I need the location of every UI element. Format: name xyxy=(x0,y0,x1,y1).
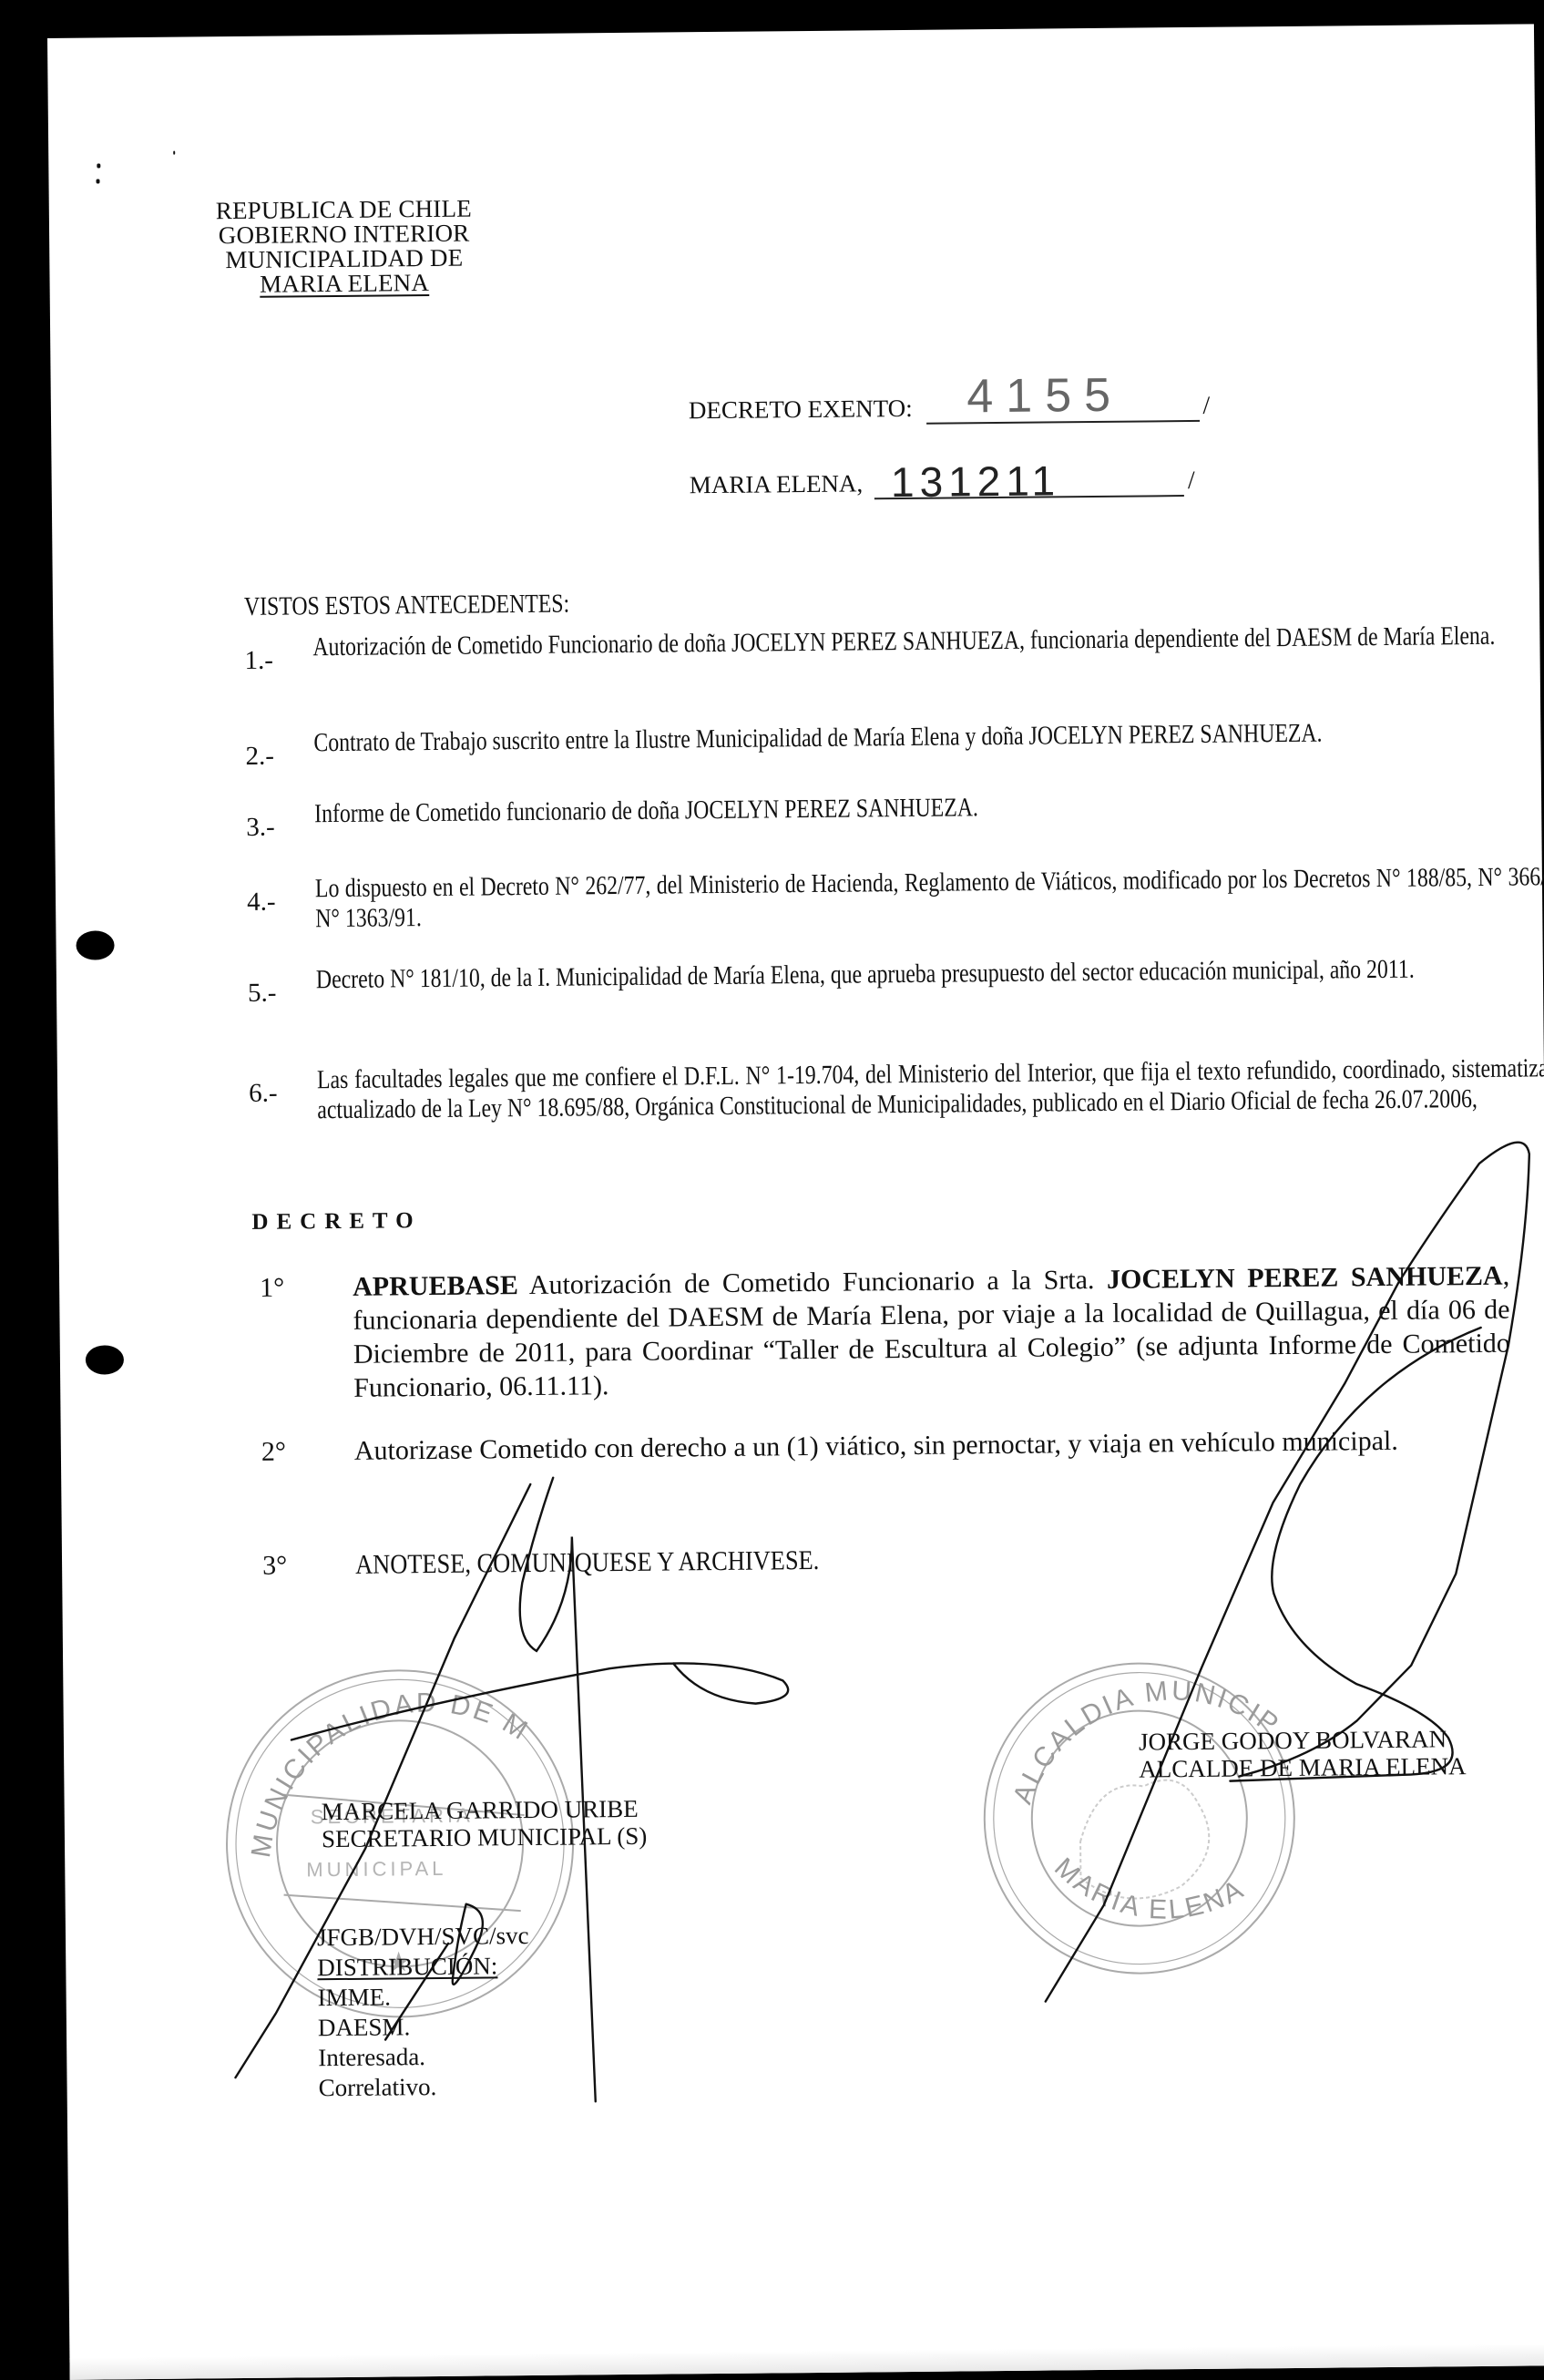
scan-speck xyxy=(97,163,100,168)
seals-layer: MUNICIPALIDAD DE MARIA SECRETARIA MUNICI… xyxy=(47,24,1544,2380)
vistos-item-text: Decreto N° 181/10, de la I. Municipalida… xyxy=(316,953,1544,995)
decree-date-value: 131211 xyxy=(891,456,1061,507)
vistos-item-number: 6.- xyxy=(249,1078,303,1109)
decreto-item-text: Autorizase Cometido con derecho a un (1)… xyxy=(354,1423,1511,1468)
reference-initials: JFGB/DVH/SVC/svc xyxy=(317,1921,529,1953)
mayor-title: ALCALDE DE MARIA ELENA xyxy=(1139,1752,1466,1782)
header-line-municipality: MUNICIPALIDAD DE xyxy=(216,246,472,273)
decree-number-slash: / xyxy=(1202,392,1210,421)
decreto-title: DECRETO xyxy=(251,1208,421,1236)
secretary-seal: MUNICIPALIDAD DE MARIA SECRETARIA MUNICI… xyxy=(47,24,575,2020)
header-line-city: MARIA ELENA xyxy=(216,271,472,298)
issuer-header: REPUBLICA DE CHILE GOBIERNO INTERIOR MUN… xyxy=(216,197,473,298)
vistos-item-number: 1.- xyxy=(244,645,299,676)
decree-number-field: 4155 xyxy=(925,392,1199,425)
svg-text:MUNICIPAL: MUNICIPAL xyxy=(306,1857,446,1881)
decreto-item-text: ANOTESE, COMUNIQUESE Y ARCHIVESE. xyxy=(355,1538,1374,1582)
decree-number-label: DECRETO EXENTO: xyxy=(689,395,913,424)
scan-speck xyxy=(96,179,99,183)
decreto-item-text: Autorización de Cometido Funcionario a l… xyxy=(518,1265,1108,1300)
scan-speck xyxy=(173,151,175,155)
scan-shadow xyxy=(69,2344,1544,2380)
decree-date-slash: / xyxy=(1188,467,1195,496)
approve-keyword: APRUEBASE xyxy=(353,1270,518,1302)
decreto-item-number: 1° xyxy=(260,1270,314,1305)
mayor-seal: ALCALDIA MUNICIPAL MARIA ELENA xyxy=(47,24,1295,1984)
vistos-item-text: Las facultades legales que me confiere e… xyxy=(317,1053,1544,1125)
svg-text:MARIA ELENA: MARIA ELENA xyxy=(1048,1851,1251,1926)
mayor-signature-block: JORGE GODOY BOLVARAN ALCALDE DE MARIA EL… xyxy=(1139,1725,1467,1782)
decreto-item-number: 3° xyxy=(262,1548,317,1583)
vistos-item-text: Lo dispuesto en el Decreto N° 262/77, de… xyxy=(315,862,1544,934)
secretary-signature-block: MARCELA GARRIDO URIBE SECRETARIO MUNICIP… xyxy=(322,1795,648,1852)
distribution-title: DISTRIBUCIÓN: xyxy=(317,1951,529,1983)
decree-place-label: MARIA ELENA, xyxy=(690,469,864,498)
distribution-item: Interesada. xyxy=(318,2041,530,2073)
document-page: REPUBLICA DE CHILE GOBIERNO INTERIOR MUN… xyxy=(47,24,1544,2380)
vistos-item-number: 5.- xyxy=(248,978,302,1009)
distribution-item: IMME. xyxy=(318,1981,530,2013)
decree-number-row: DECRETO EXENTO: 4155 / xyxy=(689,392,1211,426)
secretary-name: MARCELA GARRIDO URIBE xyxy=(322,1795,648,1825)
decree-date-field: 131211 xyxy=(874,467,1184,499)
decreto-item-number: 2° xyxy=(261,1434,316,1469)
distribution-item: DAESM. xyxy=(318,2011,530,2043)
secretary-title: SECRETARIO MUNICIPAL (S) xyxy=(322,1822,648,1852)
vistos-item-number: 2.- xyxy=(245,741,300,772)
vistos-item-number: 3.- xyxy=(246,812,301,843)
decree-date-row: MARIA ELENA, 131211 / xyxy=(690,467,1195,501)
vistos-item-text: Autorización de Cometido Funcionario de … xyxy=(312,621,1544,662)
distribution-item: Correlativo. xyxy=(318,2071,530,2103)
mayor-name: JORGE GODOY BOLVARAN xyxy=(1139,1725,1466,1755)
binder-hole-top xyxy=(76,930,114,959)
vistos-title: VISTOS ESTOS ANTECEDENTES: xyxy=(244,590,569,622)
vistos-item-text: Informe de Cometido funcionario de doña … xyxy=(314,787,1544,829)
vistos-item-number: 4.- xyxy=(247,887,302,918)
svg-text:MUNICIPALIDAD DE MARIA: MUNICIPALIDAD DE MARIA xyxy=(47,24,536,1862)
employee-name: JOCELYN PEREZ SANHUEZA xyxy=(1107,1261,1503,1295)
binder-hole-bottom xyxy=(86,1345,124,1374)
signatures-layer xyxy=(47,24,1544,2380)
vistos-item-text: Contrato de Trabajo suscrito entre la Il… xyxy=(313,716,1544,758)
distribution-block: JFGB/DVH/SVC/svc DISTRIBUCIÓN: IMME. DAE… xyxy=(317,1921,530,2103)
decree-number-value: 4155 xyxy=(966,368,1123,425)
